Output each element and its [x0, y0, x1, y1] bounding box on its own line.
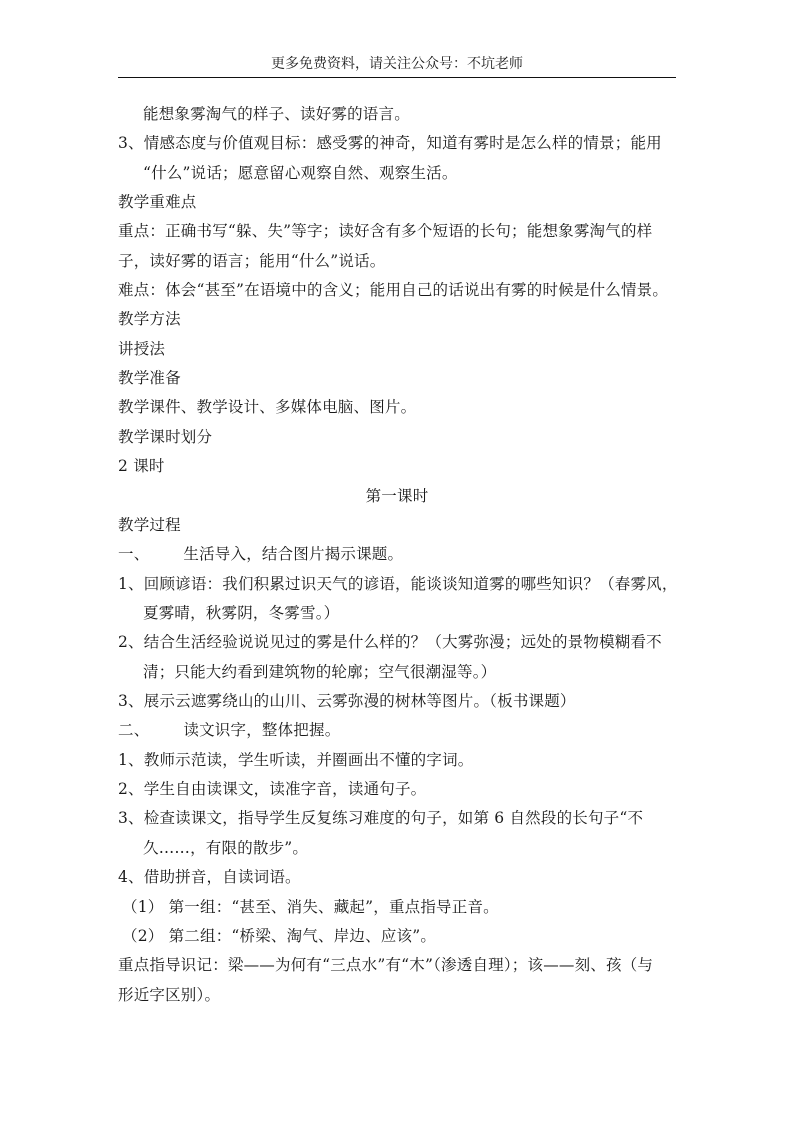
- lesson-title: 第一课时: [118, 486, 676, 506]
- header-text: 更多免费资料，请关注公众号：不坑老师: [118, 55, 676, 73]
- step-title: 生活导入，结合图片揭示课题。: [183, 545, 403, 563]
- section-heading-process: 教学过程: [118, 515, 181, 535]
- section-heading-method: 教学方法: [118, 309, 181, 329]
- list-item: 2、结合生活经验说说见过的雾是什么样的？（大雾弥漫；远处的景物模糊看不: [118, 632, 662, 652]
- preparation-value: 教学课件、教学设计、多媒体电脑、图片。: [118, 397, 416, 417]
- list-item: 2、学生自由读课文，读准字音，读通句子。: [118, 779, 426, 799]
- sub-item: （1） 第一组：“甚至、消失、藏起”，重点指导正音。: [122, 897, 499, 917]
- schedule-value: 2 课时: [118, 456, 165, 476]
- paragraph-line: 能想象雾淘气的样子、读好雾的语言。: [143, 104, 410, 124]
- list-item: 1、回顾谚语：我们积累过识天气的谚语，能谈谈知道雾的哪些知识？（春雾风，: [118, 574, 678, 594]
- paragraph-line: 形近字区别）。: [118, 985, 220, 1005]
- paragraph-line: “什么”说话；愿意留心观察自然、观察生活。: [143, 163, 458, 183]
- step-two: 二、读文识字，整体把握。: [118, 720, 340, 740]
- difficulties: 难点：体会“甚至”在语境中的含义；能用自己的话说出有雾的时候是什么情景。: [118, 280, 668, 300]
- method-value: 讲授法: [118, 339, 165, 359]
- paragraph-line: 重点指导识记：梁——为何有“三点水”有“木”（渗透自理）；该——刻、孩（与: [118, 955, 653, 975]
- section-heading-key-points: 教学重难点: [118, 192, 197, 212]
- step-number: 二、: [118, 721, 149, 739]
- list-item: 3、检查读课文，指导学生反复练习难度的句子，如第 6 自然段的长句子“不: [118, 808, 643, 828]
- section-heading-preparation: 教学准备: [118, 368, 181, 388]
- paragraph-line: 夏雾晴，秋雾阴，冬雾雪。）: [143, 603, 339, 623]
- sub-item: （2） 第二组：“桥梁、淘气、岸边、应该”。: [122, 926, 436, 946]
- header-divider: [118, 77, 676, 78]
- list-item: 4、借助拼音，自读词语。: [118, 867, 301, 887]
- section-heading-schedule: 教学课时划分: [118, 427, 212, 447]
- paragraph-line: 久……，有限的散步”。: [143, 838, 308, 858]
- step-one: 一、生活导入，结合图片揭示课题。: [118, 544, 403, 564]
- key-points: 重点：正确书写“躲、失”等字；读好含有多个短语的长句；能想象雾淘气的样: [118, 221, 652, 241]
- objective-3: 3、情感态度与价值观目标：感受雾的神奇，知道有雾时是怎么样的情景；能用: [118, 133, 662, 153]
- list-item: 1、教师示范读，学生听读，并圈画出不懂的字词。: [118, 750, 473, 770]
- list-item: 3、展示云遮雾绕山的山川、云雾弥漫的树林等图片。（板书课题）: [118, 691, 576, 711]
- paragraph-line: 子，读好雾的语言；能用“什么”说话。: [118, 251, 385, 271]
- step-number: 一、: [118, 545, 149, 563]
- paragraph-line: 清；只能大约看到建筑物的轮廓；空气很潮湿等。）: [143, 662, 496, 682]
- step-title: 读文识字，整体把握。: [183, 721, 340, 739]
